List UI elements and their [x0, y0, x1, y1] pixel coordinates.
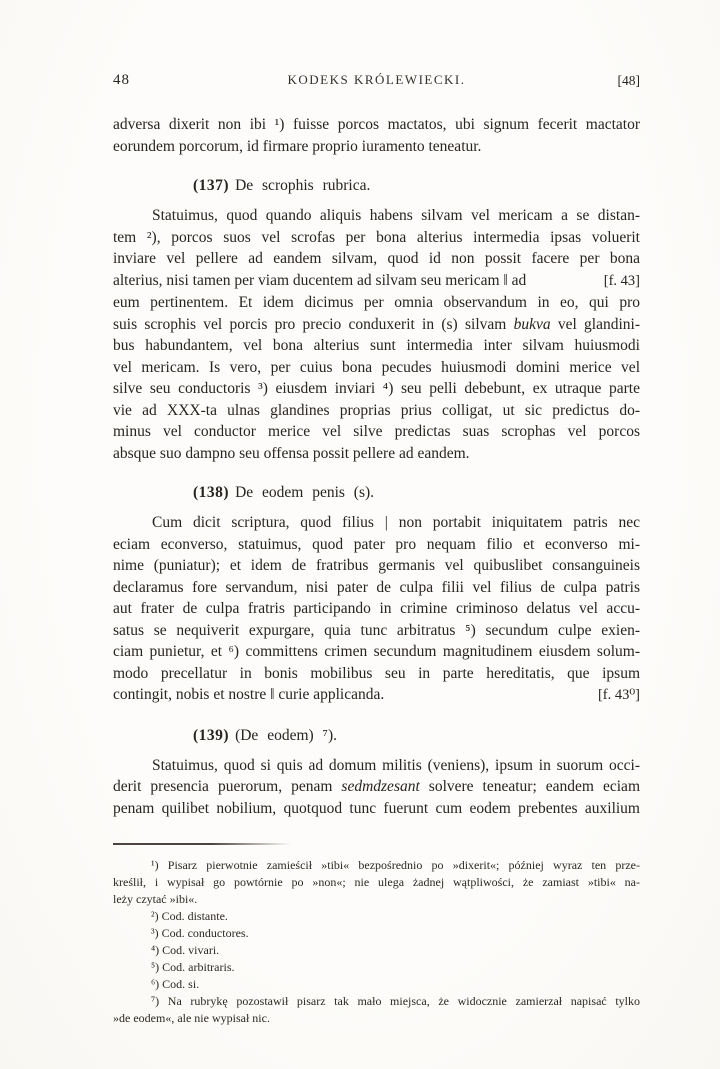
text-line: inviare vel pellere ad eandem silvam, qu…: [113, 248, 640, 270]
footnote-line: ²) Cod. distante.: [113, 908, 640, 925]
text-line: declaramus fore servandum, nisi pater de…: [113, 577, 640, 599]
section-heading-139: (139)(De eodem) ⁷).: [193, 725, 640, 747]
italic-term: bukva: [514, 316, 551, 333]
line-segment: alterius, nisi tamen per viam ducentem a…: [113, 270, 526, 292]
line-segment: contingit, nobis et nostre ‖ curie appli…: [113, 684, 384, 706]
text-line: vie ad XXX-ta ulnas glandines proprias p…: [113, 400, 640, 422]
section-number: (138): [193, 484, 229, 501]
text-line: eorundem porcorum, id firmare proprio iu…: [113, 136, 640, 158]
footnote-line: »de eodem«, ale nie wypisał nic.: [113, 1010, 640, 1027]
bracket-page-number: [48]: [618, 73, 641, 89]
text-line: aut frater de culpa fratris participando…: [113, 598, 640, 620]
footnotes: ¹) Pisarz pierwotnie zamieścił »tibi« be…: [113, 857, 640, 1027]
text-block: 48 KODEKS KRÓLEWIECKI. [48] adversa dixe…: [113, 72, 640, 1027]
line-segment: derit presencia puerorum, penam: [113, 778, 341, 795]
text-line: absque suo dampno seu offensa possit pel…: [113, 443, 640, 465]
text-line: ciam punietur, et ⁶) committens crimen s…: [113, 641, 640, 663]
text-line: vel mericam. Is vero, per cuius bona pec…: [113, 357, 640, 379]
footnote-line: ⁶) Cod. si.: [113, 976, 640, 993]
footnote-line: ¹) Pisarz pierwotnie zamieścił »tibi« be…: [113, 857, 640, 874]
text-line: minus vel conductor merice vel silve pre…: [113, 421, 640, 443]
line-segment: vel glandini-: [551, 316, 640, 333]
footnote-line: ⁵) Cod. arbitraris.: [113, 959, 640, 976]
section-heading-138: (138)De eodem penis (s).: [193, 482, 640, 504]
section-title: De eodem penis (s).: [235, 484, 374, 501]
footnote-line: leży czytać »ibi«.: [113, 891, 640, 908]
line-segment: solvere teneatur; eandem eciam: [420, 778, 640, 795]
text-line: nime (puniatur); et idem de fratribus ge…: [113, 555, 640, 577]
text-line: eum pertinentem. Et idem dicimus per omn…: [113, 292, 640, 314]
running-title: KODEKS KRÓLEWIECKI.: [113, 72, 640, 88]
footnote-separator: [113, 843, 291, 845]
section-title: De scrophis rubrica.: [235, 177, 370, 194]
section-title: (De eodem) ⁷).: [235, 727, 337, 744]
text-line: bus habundantem, vel bona alterius sunt …: [113, 335, 640, 357]
section-heading-137: (137)De scrophis rubrica.: [193, 175, 640, 197]
text-line: Cum dicit scriptura, quod filius | non p…: [113, 512, 640, 534]
text-line: Statuimus, quod quando aliquis habens si…: [113, 205, 640, 227]
text-line: silve seu conductoris ³) eiusdem inviari…: [113, 378, 640, 400]
text-line: Statuimus, quod si quis ad domum militis…: [113, 755, 640, 777]
footnote-line: ⁴) Cod. vivari.: [113, 942, 640, 959]
section-number: (139): [193, 727, 229, 744]
page-header: 48 KODEKS KRÓLEWIECKI. [48]: [113, 72, 640, 90]
section-number: (137): [193, 177, 229, 194]
folio-reference: [f. 43]: [594, 271, 640, 293]
text-line: suis scrophis vel porcis pro precio cond…: [113, 314, 640, 336]
text-line: modo precellatur in bonis mobilibus seu …: [113, 663, 640, 685]
footnote-line: kreślił, i wypisał go powtórnie po »non«…: [113, 874, 640, 891]
text-line: eciam econverso, statuimus, quod pater p…: [113, 534, 640, 556]
text-line: derit presencia puerorum, penam sedmdzes…: [113, 776, 640, 798]
text-line: tem ²), porcos suos vel scrofas per bona…: [113, 227, 640, 249]
footnote-line: ⁷) Na rubrykę pozostawił pisarz tak mało…: [113, 993, 640, 1010]
scanned-book-page: 48 KODEKS KRÓLEWIECKI. [48] adversa dixe…: [0, 0, 720, 1069]
footnote-line: ³) Cod. conductores.: [113, 925, 640, 942]
text-line: alterius, nisi tamen per viam ducentem a…: [113, 270, 640, 293]
italic-term: sedmdzesant: [341, 778, 419, 795]
text-line: contingit, nobis et nostre ‖ curie appli…: [113, 684, 640, 707]
text-line: satus se nequiverit expurgare, quia tunc…: [113, 620, 640, 642]
text-line: adversa dixerit non ibi ¹) fuisse porcos…: [113, 114, 640, 136]
folio-reference: [f. 43⁰]: [588, 685, 640, 707]
text-line: penam quilibet nobilium, quotquod tunc f…: [113, 798, 640, 820]
line-segment: suis scrophis vel porcis pro precio cond…: [113, 316, 514, 333]
